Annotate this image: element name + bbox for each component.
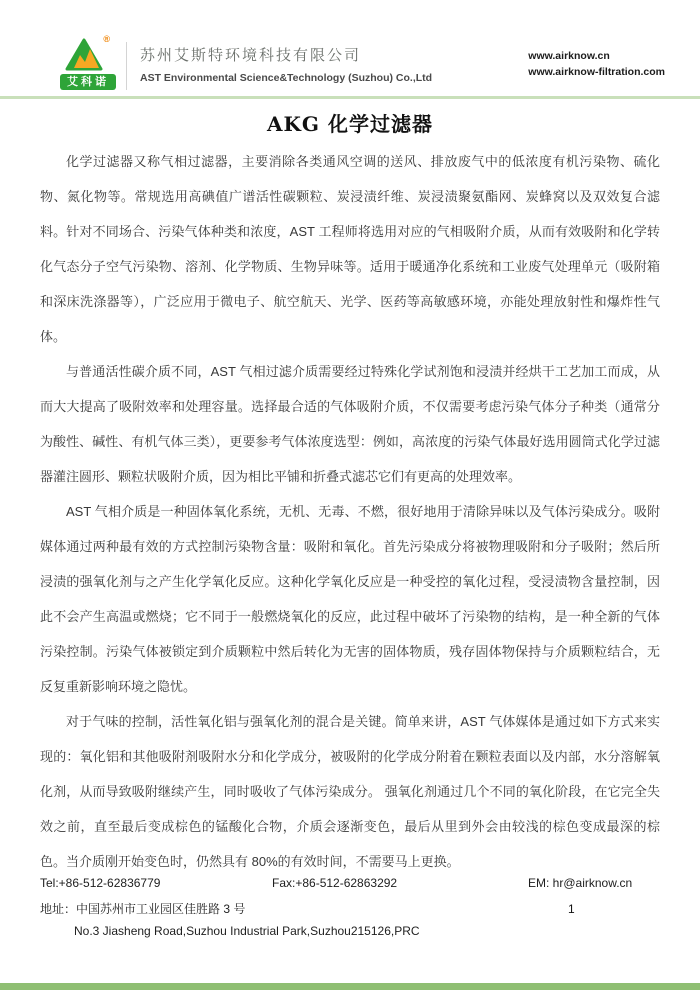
document-page: ® 艾科诺 苏州艾斯特环境科技有限公司 AST Environmental Sc… <box>0 0 700 990</box>
paragraph-4: 对于气味的控制，活性氧化铝与强氧化剂的混合是关键。简单来讲，AST 气体媒体是通… <box>40 704 660 879</box>
website-secondary: www.airknow-filtration.com <box>528 64 665 80</box>
document-title: AKG 化学过滤器 <box>0 108 700 137</box>
footer: Tel:+86-512-62836779 Fax:+86-512-6286329… <box>0 872 700 952</box>
company-name-en: AST Environmental Science&Technology (Su… <box>140 72 432 84</box>
footer-address-cn: 地址：中国苏州市工业园区佳胜路 3 号 <box>40 900 245 917</box>
header-vertical-divider <box>126 42 127 90</box>
header-rule <box>0 96 700 99</box>
website-primary: www.airknow.cn <box>528 48 665 64</box>
logo-brand-text: 艾科诺 <box>60 74 116 90</box>
registered-mark: ® <box>103 34 110 44</box>
paragraph-3: AST 气相介质是一种固体氧化系统，无机、无毒、不燃，很好地用于清除异味以及气体… <box>40 494 660 704</box>
header: ® 艾科诺 苏州艾斯特环境科技有限公司 AST Environmental Sc… <box>60 38 665 96</box>
paragraph-1: 化学过滤器又称气相过滤器，主要消除各类通风空调的送风、排放废气中的低浓度有机污染… <box>40 144 660 354</box>
logo-triangle-icon: ® <box>64 38 108 72</box>
company-name-cn: 苏州艾斯特环境科技有限公司 <box>140 44 432 65</box>
footer-address-en: No.3 Jiasheng Road,Suzhou Industrial Par… <box>74 924 420 938</box>
footer-email: EM: hr@airknow.cn <box>528 876 632 890</box>
page-number: 1 <box>568 902 575 916</box>
footer-tel: Tel:+86-512-62836779 <box>40 876 160 890</box>
footer-fax: Fax:+86-512-62863292 <box>272 876 397 890</box>
document-body: 化学过滤器又称气相过滤器，主要消除各类通风空调的送风、排放废气中的低浓度有机污染… <box>40 144 660 879</box>
company-logo: ® 艾科诺 <box>60 38 120 96</box>
bottom-green-bar <box>0 983 700 990</box>
paragraph-2: 与普通活性碳介质不同，AST 气相过滤介质需要经过特殊化学试剂饱和浸渍并经烘干工… <box>40 354 660 494</box>
company-name-block: 苏州艾斯特环境科技有限公司 AST Environmental Science&… <box>140 44 432 84</box>
website-block: www.airknow.cn www.airknow-filtration.co… <box>528 48 665 80</box>
